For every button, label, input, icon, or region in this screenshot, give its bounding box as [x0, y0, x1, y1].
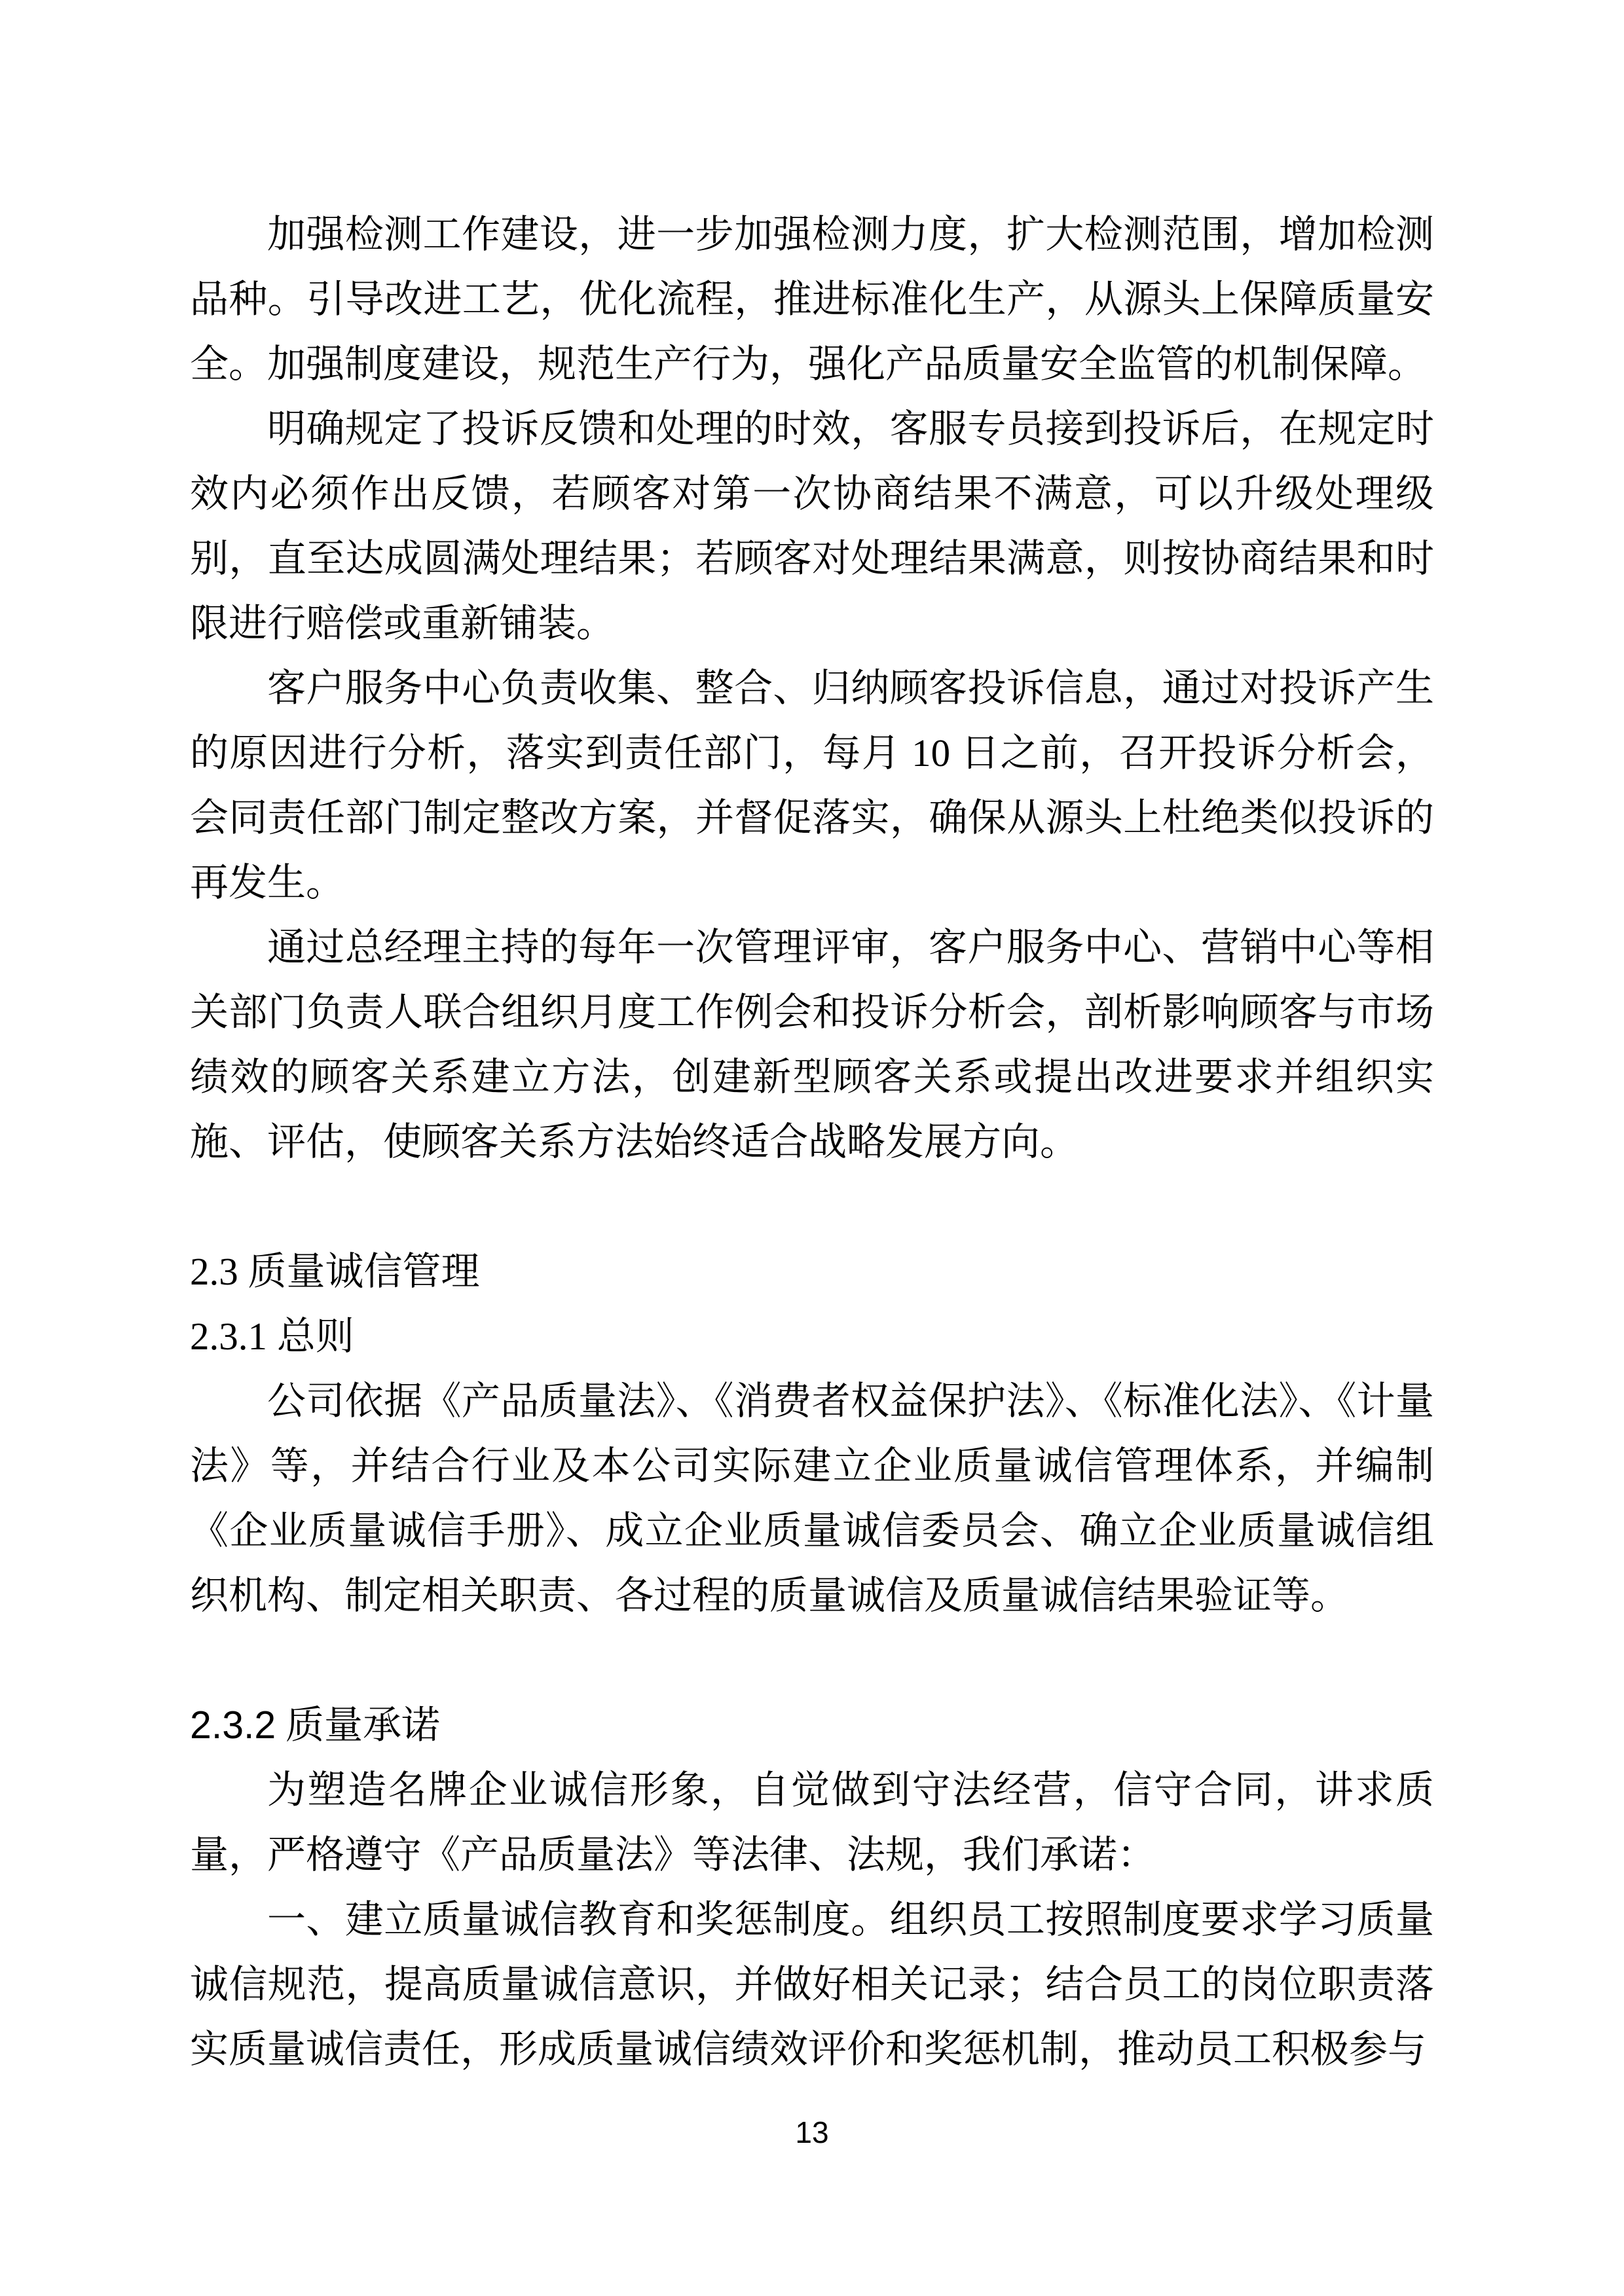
paragraph-commitment-item1: 一、建立质量诚信教育和奖惩制度。组织员工按照制度要求学习质量诚信规范，提高质量诚…: [190, 1887, 1434, 2082]
section-heading-2-3: 2.3 质量诚信管理: [190, 1239, 1434, 1304]
page-number: 13: [0, 2115, 1624, 2151]
blank-line: [190, 1175, 1434, 1239]
paragraph-company-basis: 公司依据《产品质量法》、《消费者权益保护法》、《标准化法》、《计量法》等，并结合…: [190, 1369, 1434, 1628]
section-heading-2-3-2: 2.3.2 质量承诺: [190, 1693, 1434, 1758]
section-heading-2-3-2-number: 2.3.2: [190, 1704, 276, 1747]
paragraph-management-review: 通过总经理主持的每年一次管理评审，客户服务中心、营销中心等相关部门负责人联合组织…: [190, 915, 1434, 1175]
section-heading-2-3-1: 2.3.1 总则: [190, 1304, 1434, 1369]
page-background: 加强检测工作建设，进一步加强检测力度，扩大检测范围，增加检测品种。引导改进工艺，…: [0, 0, 1624, 2296]
paragraph-customer-service-center: 客户服务中心负责收集、整合、归纳顾客投诉信息，通过对投诉产生的原因进行分析，落实…: [190, 656, 1434, 915]
section-heading-2-3-2-title: 质量承诺: [286, 1704, 440, 1747]
document-page: { "page": { "background_color": "#ffffff…: [0, 0, 1624, 2296]
section-heading-2-3-2-separator: [276, 1704, 286, 1747]
document-body: 加强检测工作建设，进一步加强检测力度，扩大检测范围，增加检测品种。引导改进工艺，…: [190, 202, 1434, 2082]
blank-line: [190, 1628, 1434, 1693]
paragraph-quality-inspection: 加强检测工作建设，进一步加强检测力度，扩大检测范围，增加检测品种。引导改进工艺，…: [190, 202, 1434, 397]
paragraph-commitment-intro: 为塑造名牌企业诚信形象，自觉做到守法经营，信守合同，讲求质量，严格遵守《产品质量…: [190, 1758, 1434, 1887]
paragraph-complaint-timeliness: 明确规定了投诉反馈和处理的时效，客服专员接到投诉后，在规定时效内必须作出反馈，若…: [190, 397, 1434, 656]
